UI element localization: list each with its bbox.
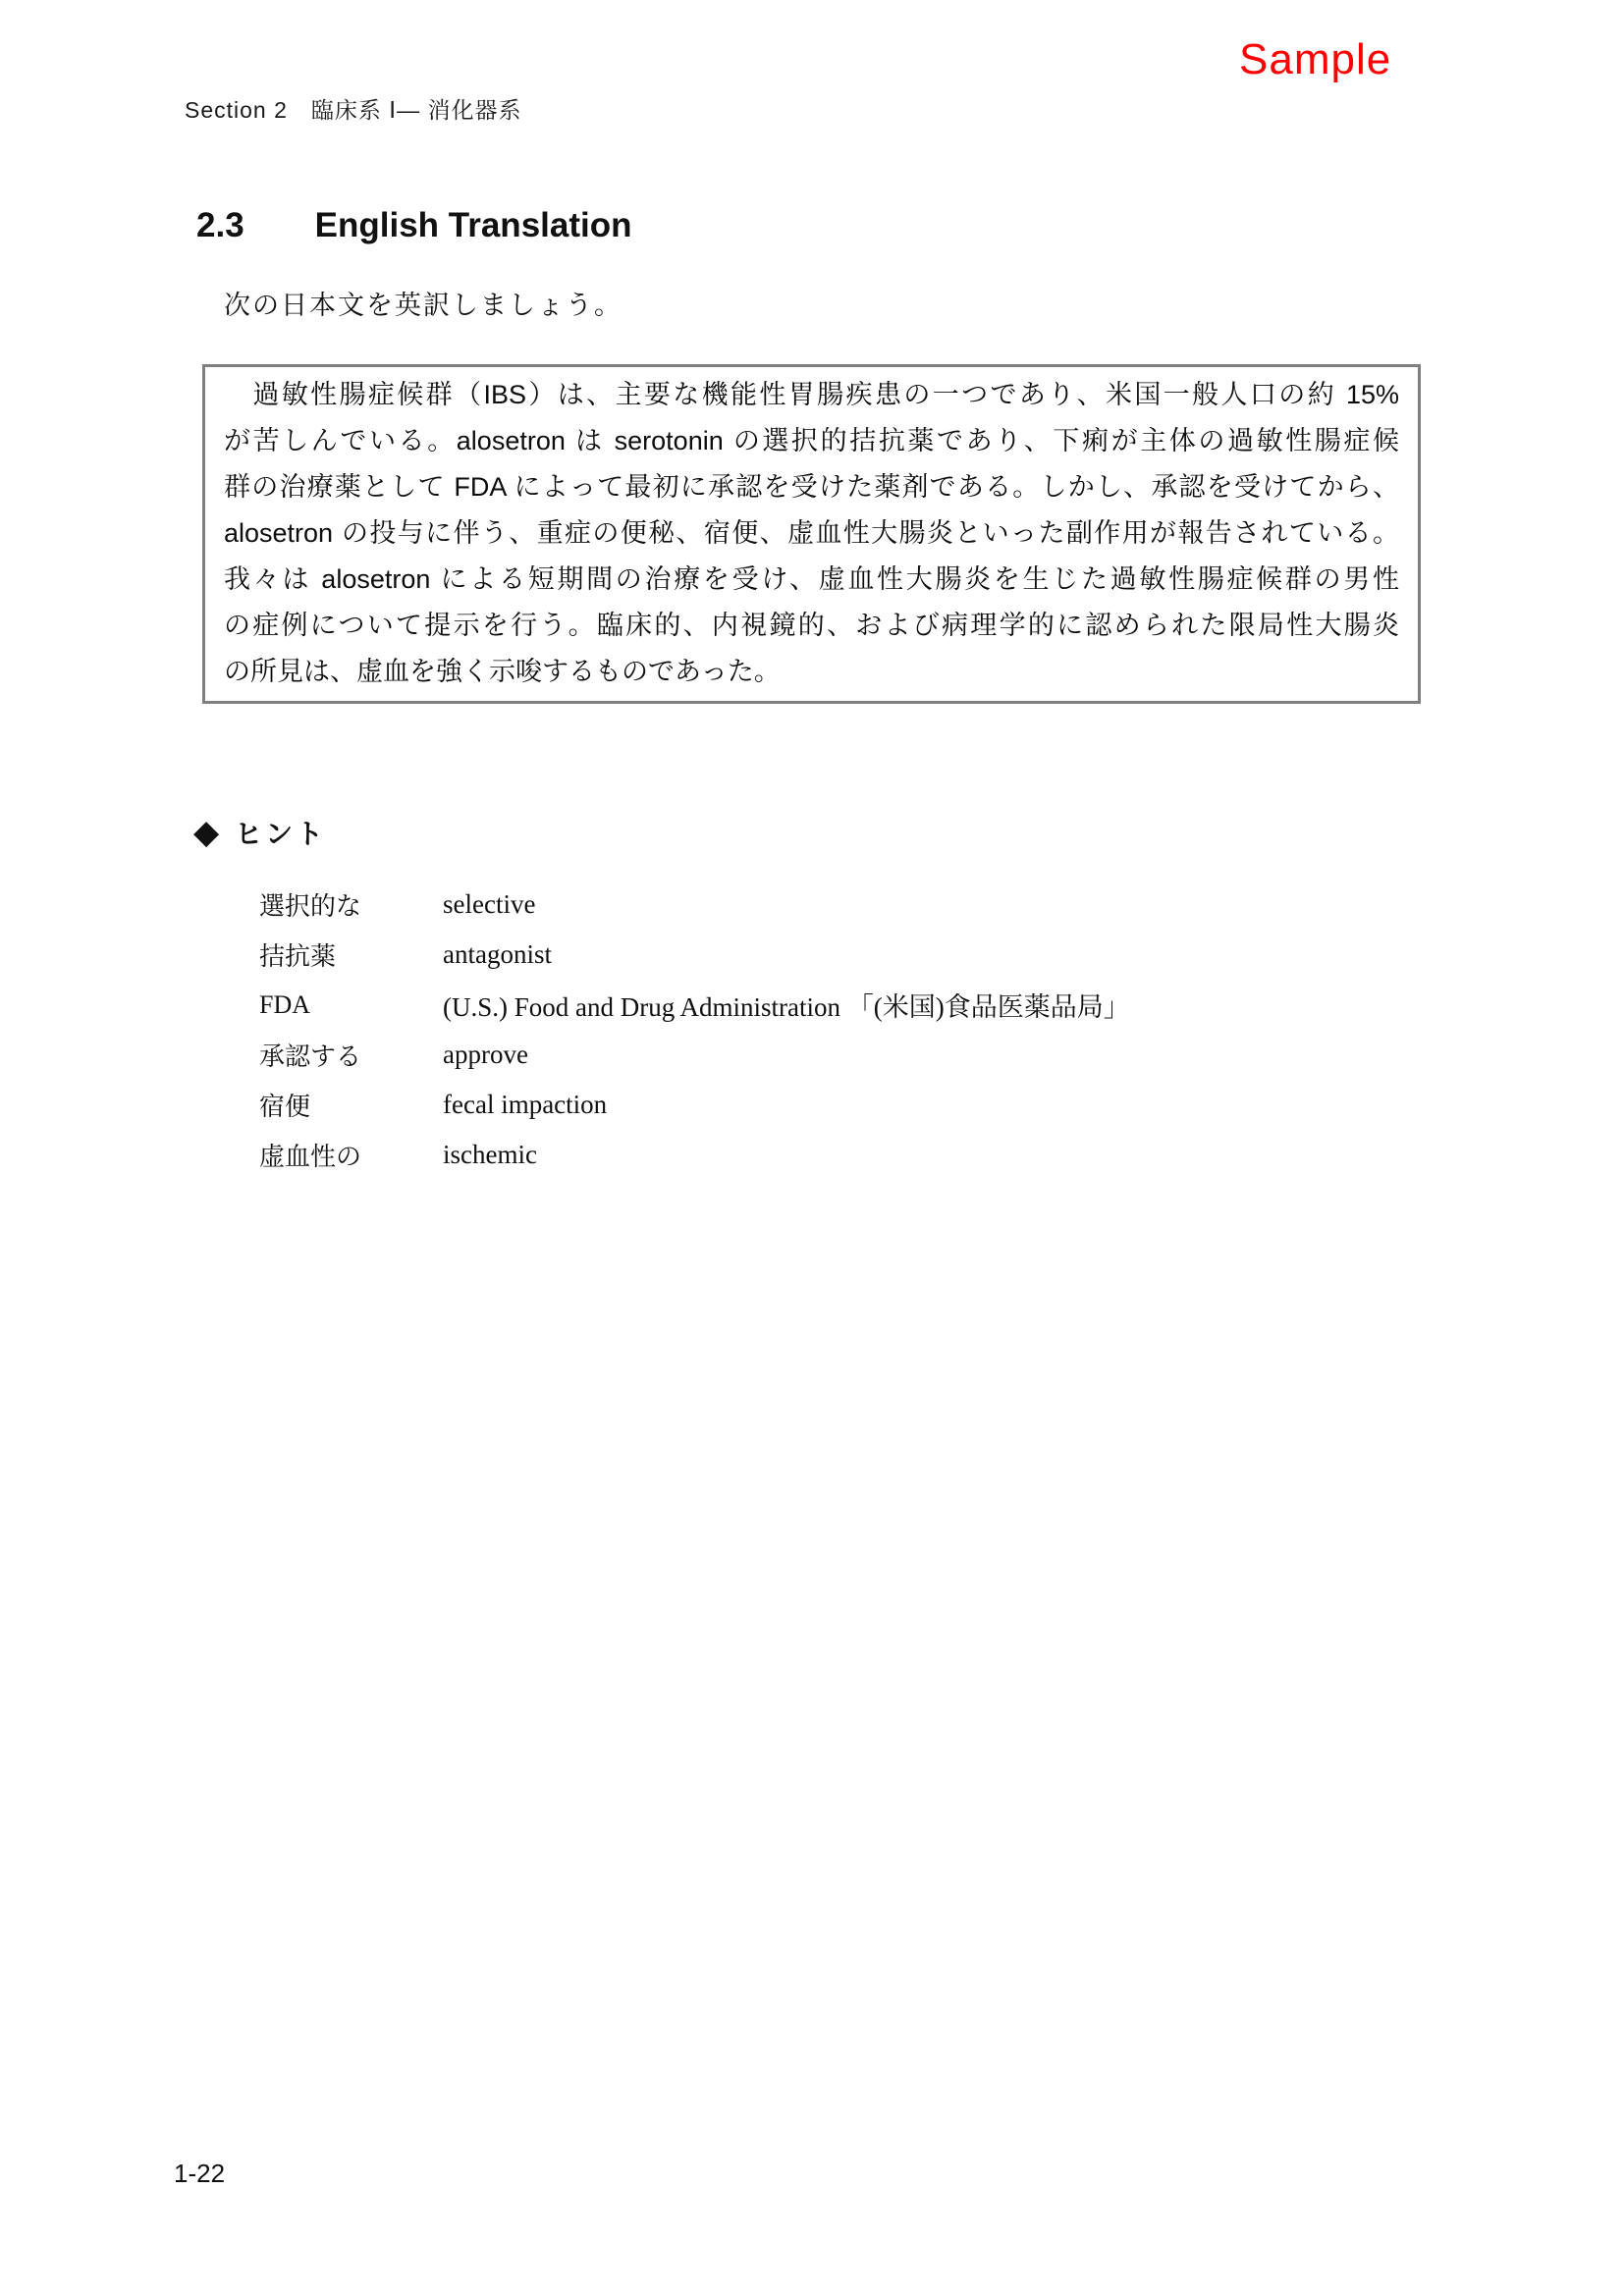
glossary-row: 選択的な selective [259, 880, 1339, 930]
glossary-row: FDA (U.S.) Food and Drug Administration … [259, 980, 1339, 1030]
glossary-term: 選択的な [259, 886, 443, 923]
hint-glossary: 選択的な selective 拮抗薬 antagonist FDA (U.S.)… [259, 880, 1339, 1180]
glossary-definition: selective [443, 889, 535, 920]
instruction-text: 次の日本文を英訳しましょう。 [224, 284, 623, 322]
passage-line: alosetron の投与に伴う、重症の便秘、宿便、虚血性大腸炎といった副作用が… [224, 510, 1399, 557]
glossary-row: 虚血性の ischemic [259, 1130, 1339, 1180]
hint-title: ヒント [235, 813, 326, 852]
passage-line: 我々は alosetron による短期間の治療を受け、虚血性大腸炎を生じた過敏性… [224, 557, 1399, 603]
passage-line: の所見は、虚血を強く示唆するものであった。 [224, 649, 1399, 695]
passage-box: 過敏性腸症候群（IBS）は、主要な機能性胃腸疾患の一つであり、米国一般人口の約 … [202, 364, 1421, 704]
section-title: English Translation [315, 206, 632, 244]
page-number: 1-22 [174, 2159, 225, 2189]
glossary-definition: ischemic [443, 1140, 537, 1170]
passage-line: の症例について提示を行う。臨床的、内視鏡的、および病理学的に認められた限局性大腸… [224, 603, 1399, 649]
glossary-definition: approve [443, 1040, 528, 1070]
sample-watermark: Sample [1239, 35, 1391, 84]
glossary-definition: antagonist [443, 939, 552, 970]
page-header: Section 2 臨床系 Ⅰ― 消化器系 [185, 92, 521, 125]
glossary-definition: fecal impaction [443, 1090, 607, 1120]
hint-heading: ◆ ヒント [193, 813, 326, 852]
glossary-term: 宿便 [259, 1087, 443, 1123]
glossary-term: 虚血性の [259, 1137, 443, 1173]
passage-line: 群の治療薬として FDA によって最初に承認を受けた薬剤である。しかし、承認を受… [224, 464, 1399, 510]
glossary-term: 承認する [259, 1037, 443, 1073]
glossary-row: 承認する approve [259, 1030, 1339, 1080]
glossary-row: 宿便 fecal impaction [259, 1080, 1339, 1130]
passage-line: 過敏性腸症候群（IBS）は、主要な機能性胃腸疾患の一つであり、米国一般人口の約 … [224, 372, 1399, 418]
diamond-icon: ◆ [193, 816, 219, 849]
glossary-row: 拮抗薬 antagonist [259, 930, 1339, 980]
glossary-definition: (U.S.) Food and Drug Administration 「(米国… [443, 986, 1130, 1024]
passage-line: が苦しんでいる。alosetron は serotonin の選択的拮抗薬であり… [224, 418, 1399, 464]
glossary-term: 拮抗薬 [259, 936, 443, 973]
glossary-term: FDA [259, 990, 443, 1020]
section-number: 2.3 [196, 206, 244, 244]
section-heading: 2.3English Translation [196, 206, 631, 245]
